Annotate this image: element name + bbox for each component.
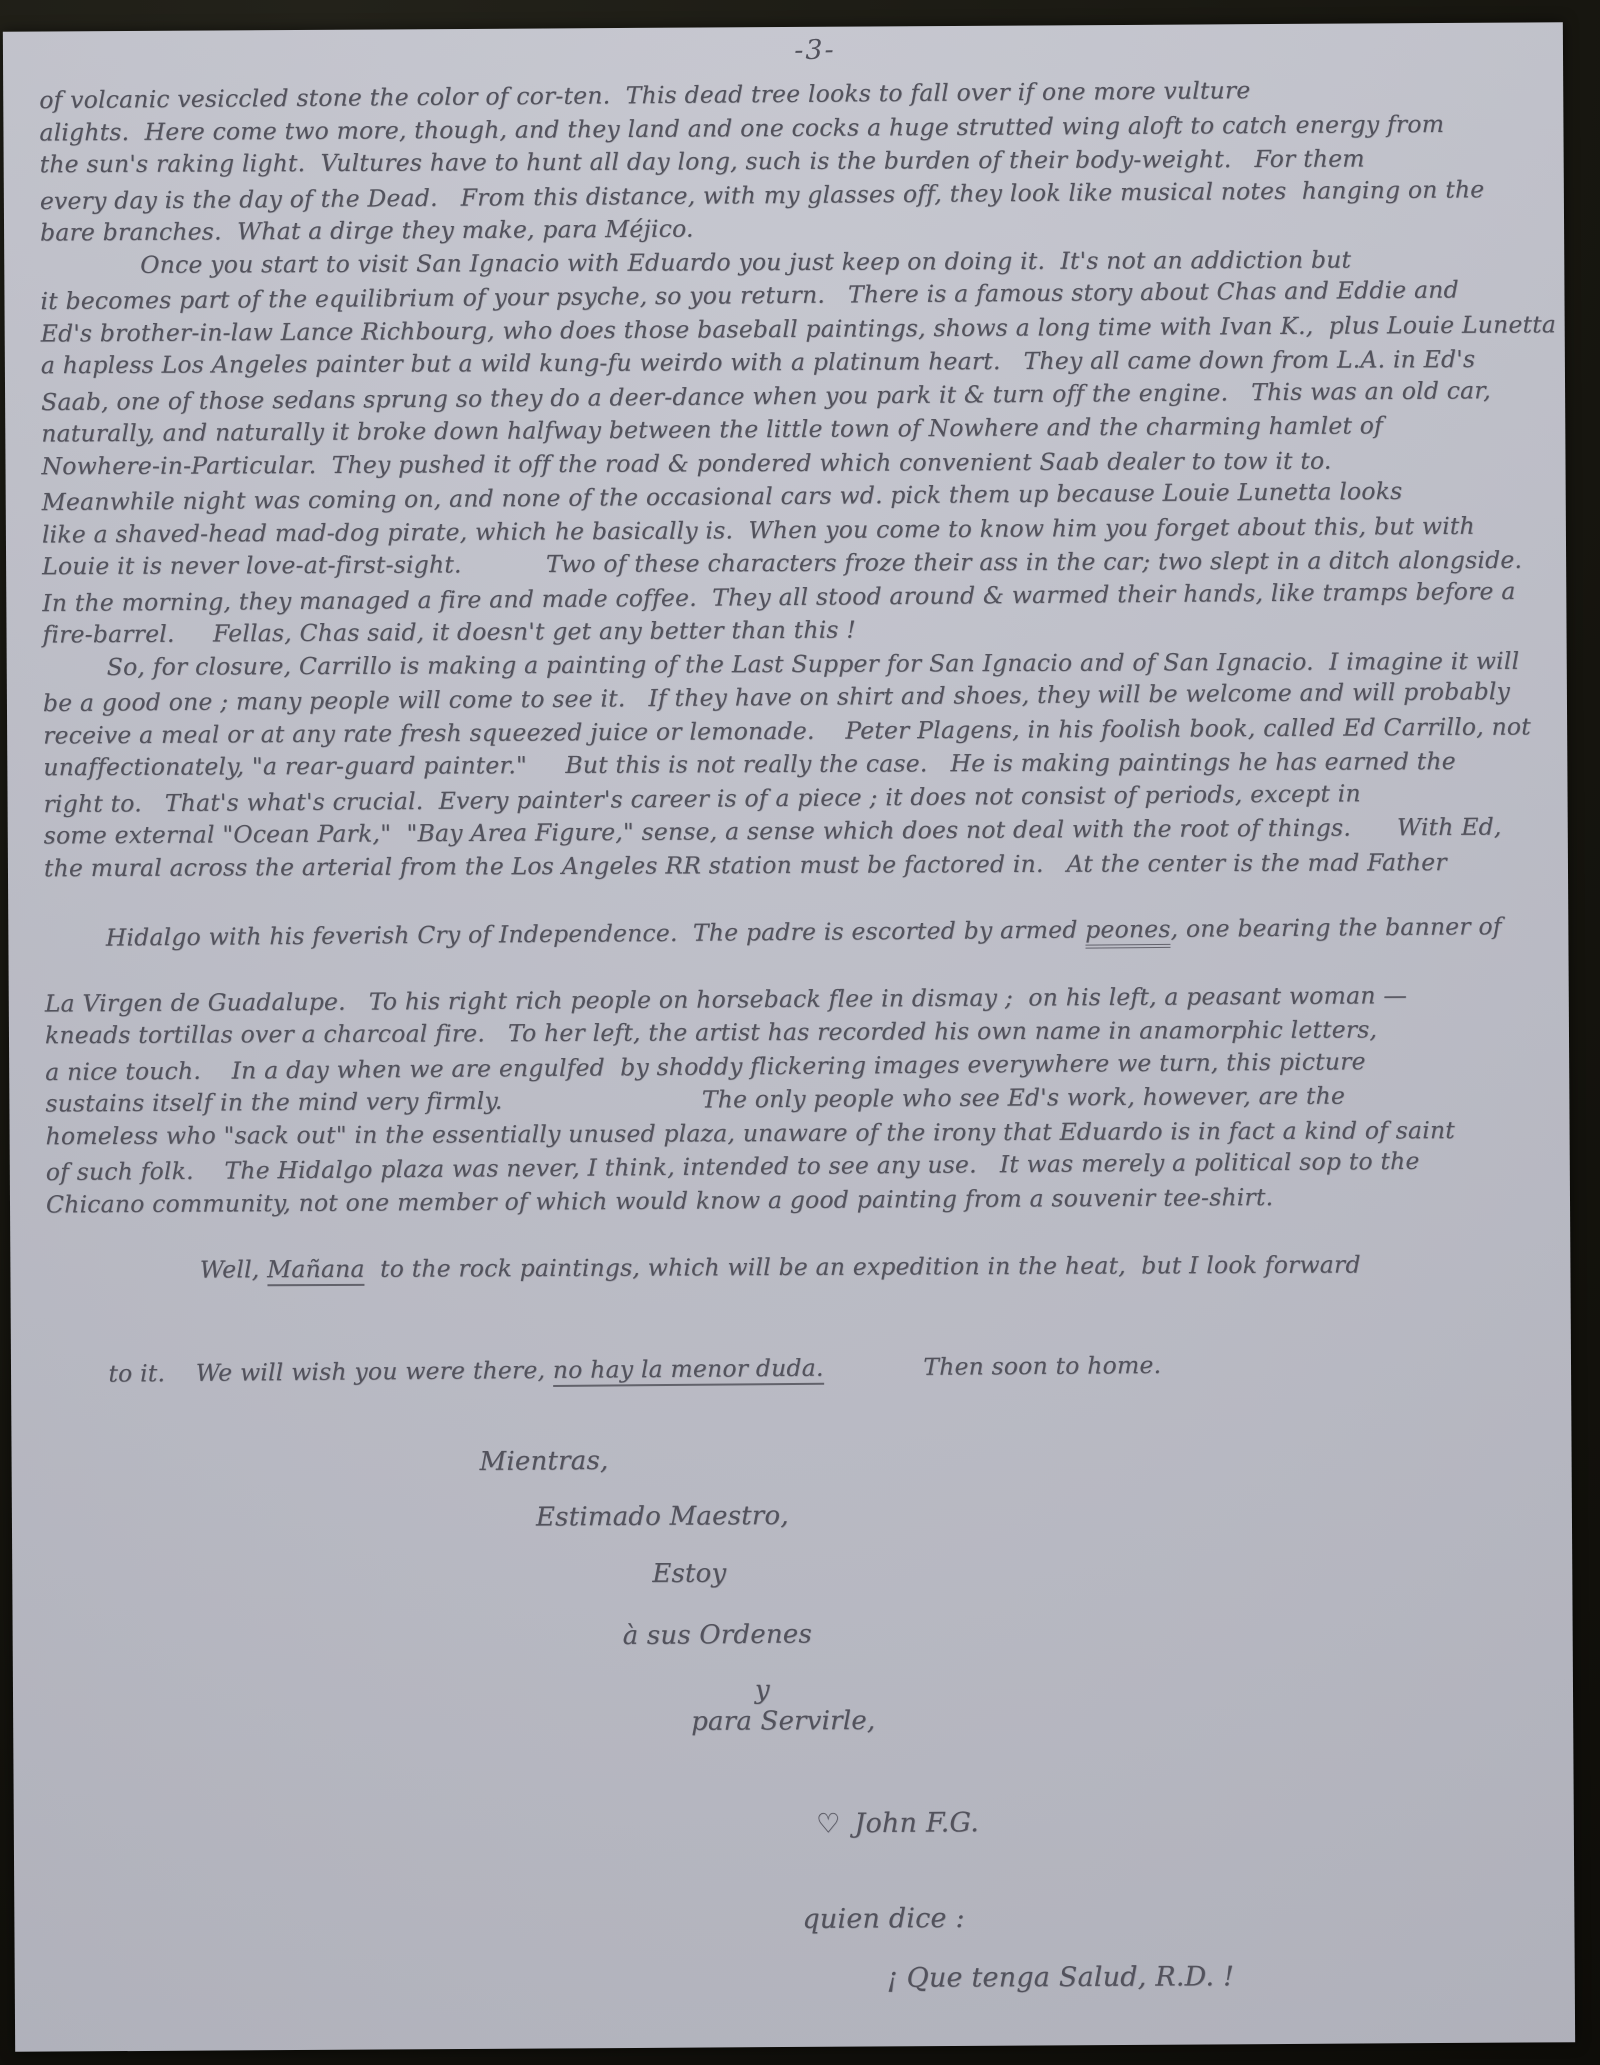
signature-quien-dice: quien dice : [802, 1900, 1574, 1935]
signature-block: ♡John F.G. quien dice : ¡ Que tenga Salu… [14, 1774, 1575, 2000]
letter-text: to the rock paintings, which will be an … [365, 1250, 1361, 1282]
letter-text: Then soon to home. [823, 1350, 1161, 1381]
signature-name: John F.G. [854, 1807, 979, 1839]
closing-line: y [755, 1670, 1573, 1705]
underlined-phrase-duda: no hay la menor duda. [553, 1353, 824, 1386]
underlined-word-peones: peones [1085, 914, 1171, 948]
page-number: -3- [35, 23, 1595, 77]
closing-block: Mientras, Estimado Maestro, Estoy à sus … [12, 1439, 1574, 1742]
closing-line: Estoy [652, 1555, 1572, 1589]
letter-line-peones: Hidalgo with his feverish Cry of Indepen… [44, 876, 1541, 989]
closing-line: à sus Ordenes [623, 1613, 1573, 1651]
heart-icon: ♡ [816, 1808, 855, 1839]
letter-text: Well, [200, 1255, 267, 1283]
scanned-letter-page: -3- of volcanic vesiccled stone the colo… [0, 0, 1600, 2065]
letter-line-duda: to it. We will wish you were there, no h… [47, 1311, 1544, 1424]
signature-line: ♡John F.G. [745, 1773, 1574, 1870]
closing-line: Estimado Maestro, [536, 1496, 1572, 1532]
underlined-word-manana: Mañana [267, 1254, 365, 1285]
letter-text: , one bearing the banner of [1170, 912, 1501, 943]
letter-line-manana: Well, Mañana to the rock paintings, whic… [46, 1214, 1542, 1321]
letter-paper: -3- of volcanic vesiccled stone the colo… [3, 22, 1575, 2051]
letter-text: to it. We will wish you were there, [108, 1355, 553, 1387]
letter-text: Hidalgo with his feverish Cry of Indepen… [106, 915, 1086, 951]
signature-salud: ¡ Que tenga Salud, R.D. ! [887, 1961, 1575, 1994]
closing-line: para Servirle, [691, 1703, 1573, 1737]
closing-line: Mientras, [479, 1438, 1571, 1477]
letter-body: of volcanic vesiccled stone the color of… [3, 73, 1571, 1423]
